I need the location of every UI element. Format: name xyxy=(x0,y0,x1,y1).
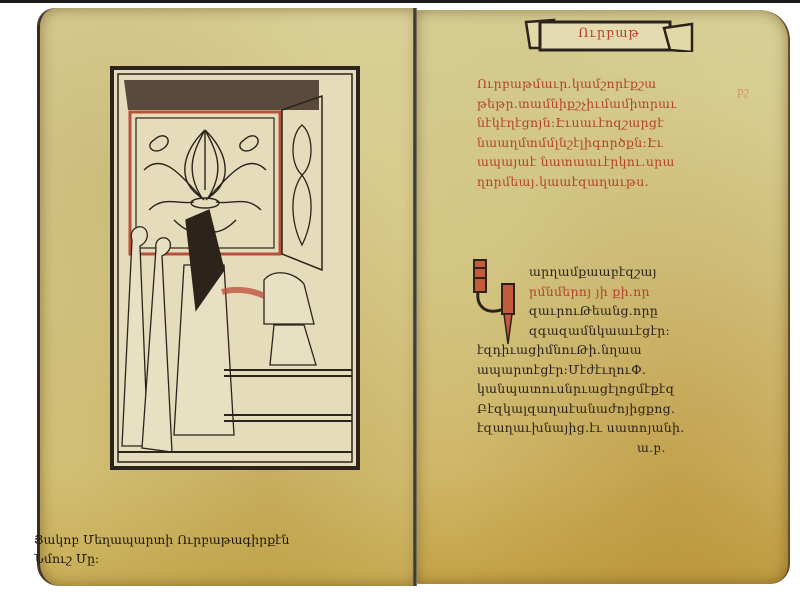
illuminated-letter-icon xyxy=(468,258,523,348)
black-paragraph: էզդիւացիմնուԹի.նղաա ապարտէցէր:ՄէժէւղուՓ.… xyxy=(477,340,737,457)
text-line: նաաղմտմմլնշէլիգործքն:Էւ xyxy=(477,133,737,153)
text-line: արղամքաաբէզշայ xyxy=(529,262,739,282)
text-line: թեթր.տամնիքշչիւմամիտրաւ xyxy=(477,94,737,114)
caption-line-1: Յակոբ Մեղապարտի Ուրբաթագիրքէն xyxy=(34,530,289,549)
text-line: ապարտէցէր:ՄէժէւղուՓ. xyxy=(477,360,737,380)
text-line: զաւրուԹեանց.որը xyxy=(529,301,739,321)
text-line: էզդիւացիմնուԹի.նղաա xyxy=(477,340,737,360)
text-line: էզաղաւխնայից.էւ սատոյանի. xyxy=(477,418,737,438)
text-line: կանպատուսնրւացէլոցմէքէզ xyxy=(477,379,737,399)
book-gutter xyxy=(413,8,417,586)
text-line: նէկէղէցոյն:Էւսաւէոզշարցէ xyxy=(477,113,737,133)
image-caption: Յակոբ Մեղապարտի Ուրբաթագիրքէն Նմուշ Մը: xyxy=(34,530,289,568)
decorated-initial xyxy=(468,258,523,348)
text-line: ապայաէ նատաաւէրկու.սրա xyxy=(477,152,737,172)
woodcut-scene-icon xyxy=(114,70,356,466)
text-line: զգազամնկաաւէցէր: xyxy=(529,321,739,341)
text-line-red: րմնմերոյ յի քի.որ xyxy=(529,282,739,302)
text-line: Ուրբաթմաւր.կամշորէքշա xyxy=(477,74,737,94)
woodcut-illustration xyxy=(110,66,360,470)
top-edge-bar xyxy=(0,0,800,3)
red-paragraph: Ուրբաթմաւր.կամշորէքշա թեթր.տամնիքշչիւմամ… xyxy=(477,74,737,191)
margin-note: բշ xyxy=(737,85,749,98)
caption-line-2: Նմուշ Մը: xyxy=(34,549,289,568)
text-line: Բէզկալզաղաէանաժոյիցքոց. xyxy=(477,399,737,419)
text-line: ղորմեայ.կաաէզաղաւթս. xyxy=(477,172,737,192)
page-heading-banner: Ուրբաթ xyxy=(524,14,694,52)
page-heading-title: Ուրբաթ xyxy=(524,26,694,41)
black-paragraph-indented: արղամքաաբէզշայ րմնմերոյ յի քի.որ զաւրուԹ… xyxy=(529,262,739,340)
text-line: ա.բ. xyxy=(477,438,737,458)
